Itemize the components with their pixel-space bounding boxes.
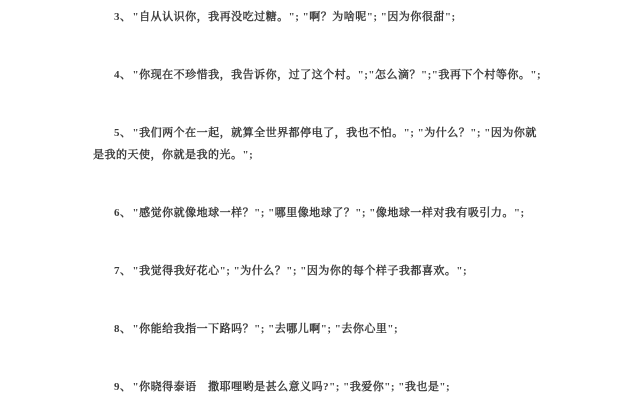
item-text: "我觉得我好花心"; "为什么？"; "因为你的每个样子我都喜欢。"; xyxy=(133,265,468,277)
item-text: "你现在不珍惜我，我告诉你，过了这个村。";"怎么滴？";"我再下个村等你。"; xyxy=(133,69,542,81)
item-text: "你能给我指一下路吗？"; "去哪儿啊"; "去你心里"; xyxy=(133,323,399,335)
item-text: "感觉你就像地球一样？"; "哪里像地球了？"; "像地球一样对我有吸引力。"; xyxy=(133,207,525,219)
item-text: "你晓得泰语 撒耶哩哟是甚么意义吗?"; "我爱你"; "我也是"; xyxy=(133,381,451,393)
list-item: 9、"你晓得泰语 撒耶哩哟是甚么意义吗?"; "我爱你"; "我也是"; xyxy=(93,376,543,398)
item-text: "我们两个在一起，就算全世界都停电了，我也不怕。"; "为什么？"; "因为你就… xyxy=(93,127,537,161)
item-number: 9、 xyxy=(114,381,133,393)
item-number: 7、 xyxy=(114,265,133,277)
item-number: 6、 xyxy=(114,207,133,219)
list-item: 3、"自从认识你，我再没吃过糖。"; "啊？为啥呢"; "因为你很甜"; xyxy=(93,6,543,28)
item-text: "自从认识你，我再没吃过糖。"; "啊？为啥呢"; "因为你很甜"; xyxy=(133,11,456,23)
item-number: 4、 xyxy=(114,69,133,81)
item-number: 5、 xyxy=(114,127,133,139)
list-item: 8、"你能给我指一下路吗？"; "去哪儿啊"; "去你心里"; xyxy=(93,318,543,340)
item-number: 3、 xyxy=(114,11,133,23)
list-item: 6、"感觉你就像地球一样？"; "哪里像地球了？"; "像地球一样对我有吸引力。… xyxy=(93,202,543,224)
document-page: 3、"自从认识你，我再没吃过糖。"; "啊？为啥呢"; "因为你很甜"; 4、"… xyxy=(0,0,543,398)
list-item: 4、"你现在不珍惜我，我告诉你，过了这个村。";"怎么滴？";"我再下个村等你。… xyxy=(93,64,543,86)
item-number: 8、 xyxy=(114,323,133,335)
list-item: 7、"我觉得我好花心"; "为什么？"; "因为你的每个样子我都喜欢。"; xyxy=(93,260,543,282)
list-item: 5、"我们两个在一起，就算全世界都停电了，我也不怕。"; "为什么？"; "因为… xyxy=(93,122,543,166)
